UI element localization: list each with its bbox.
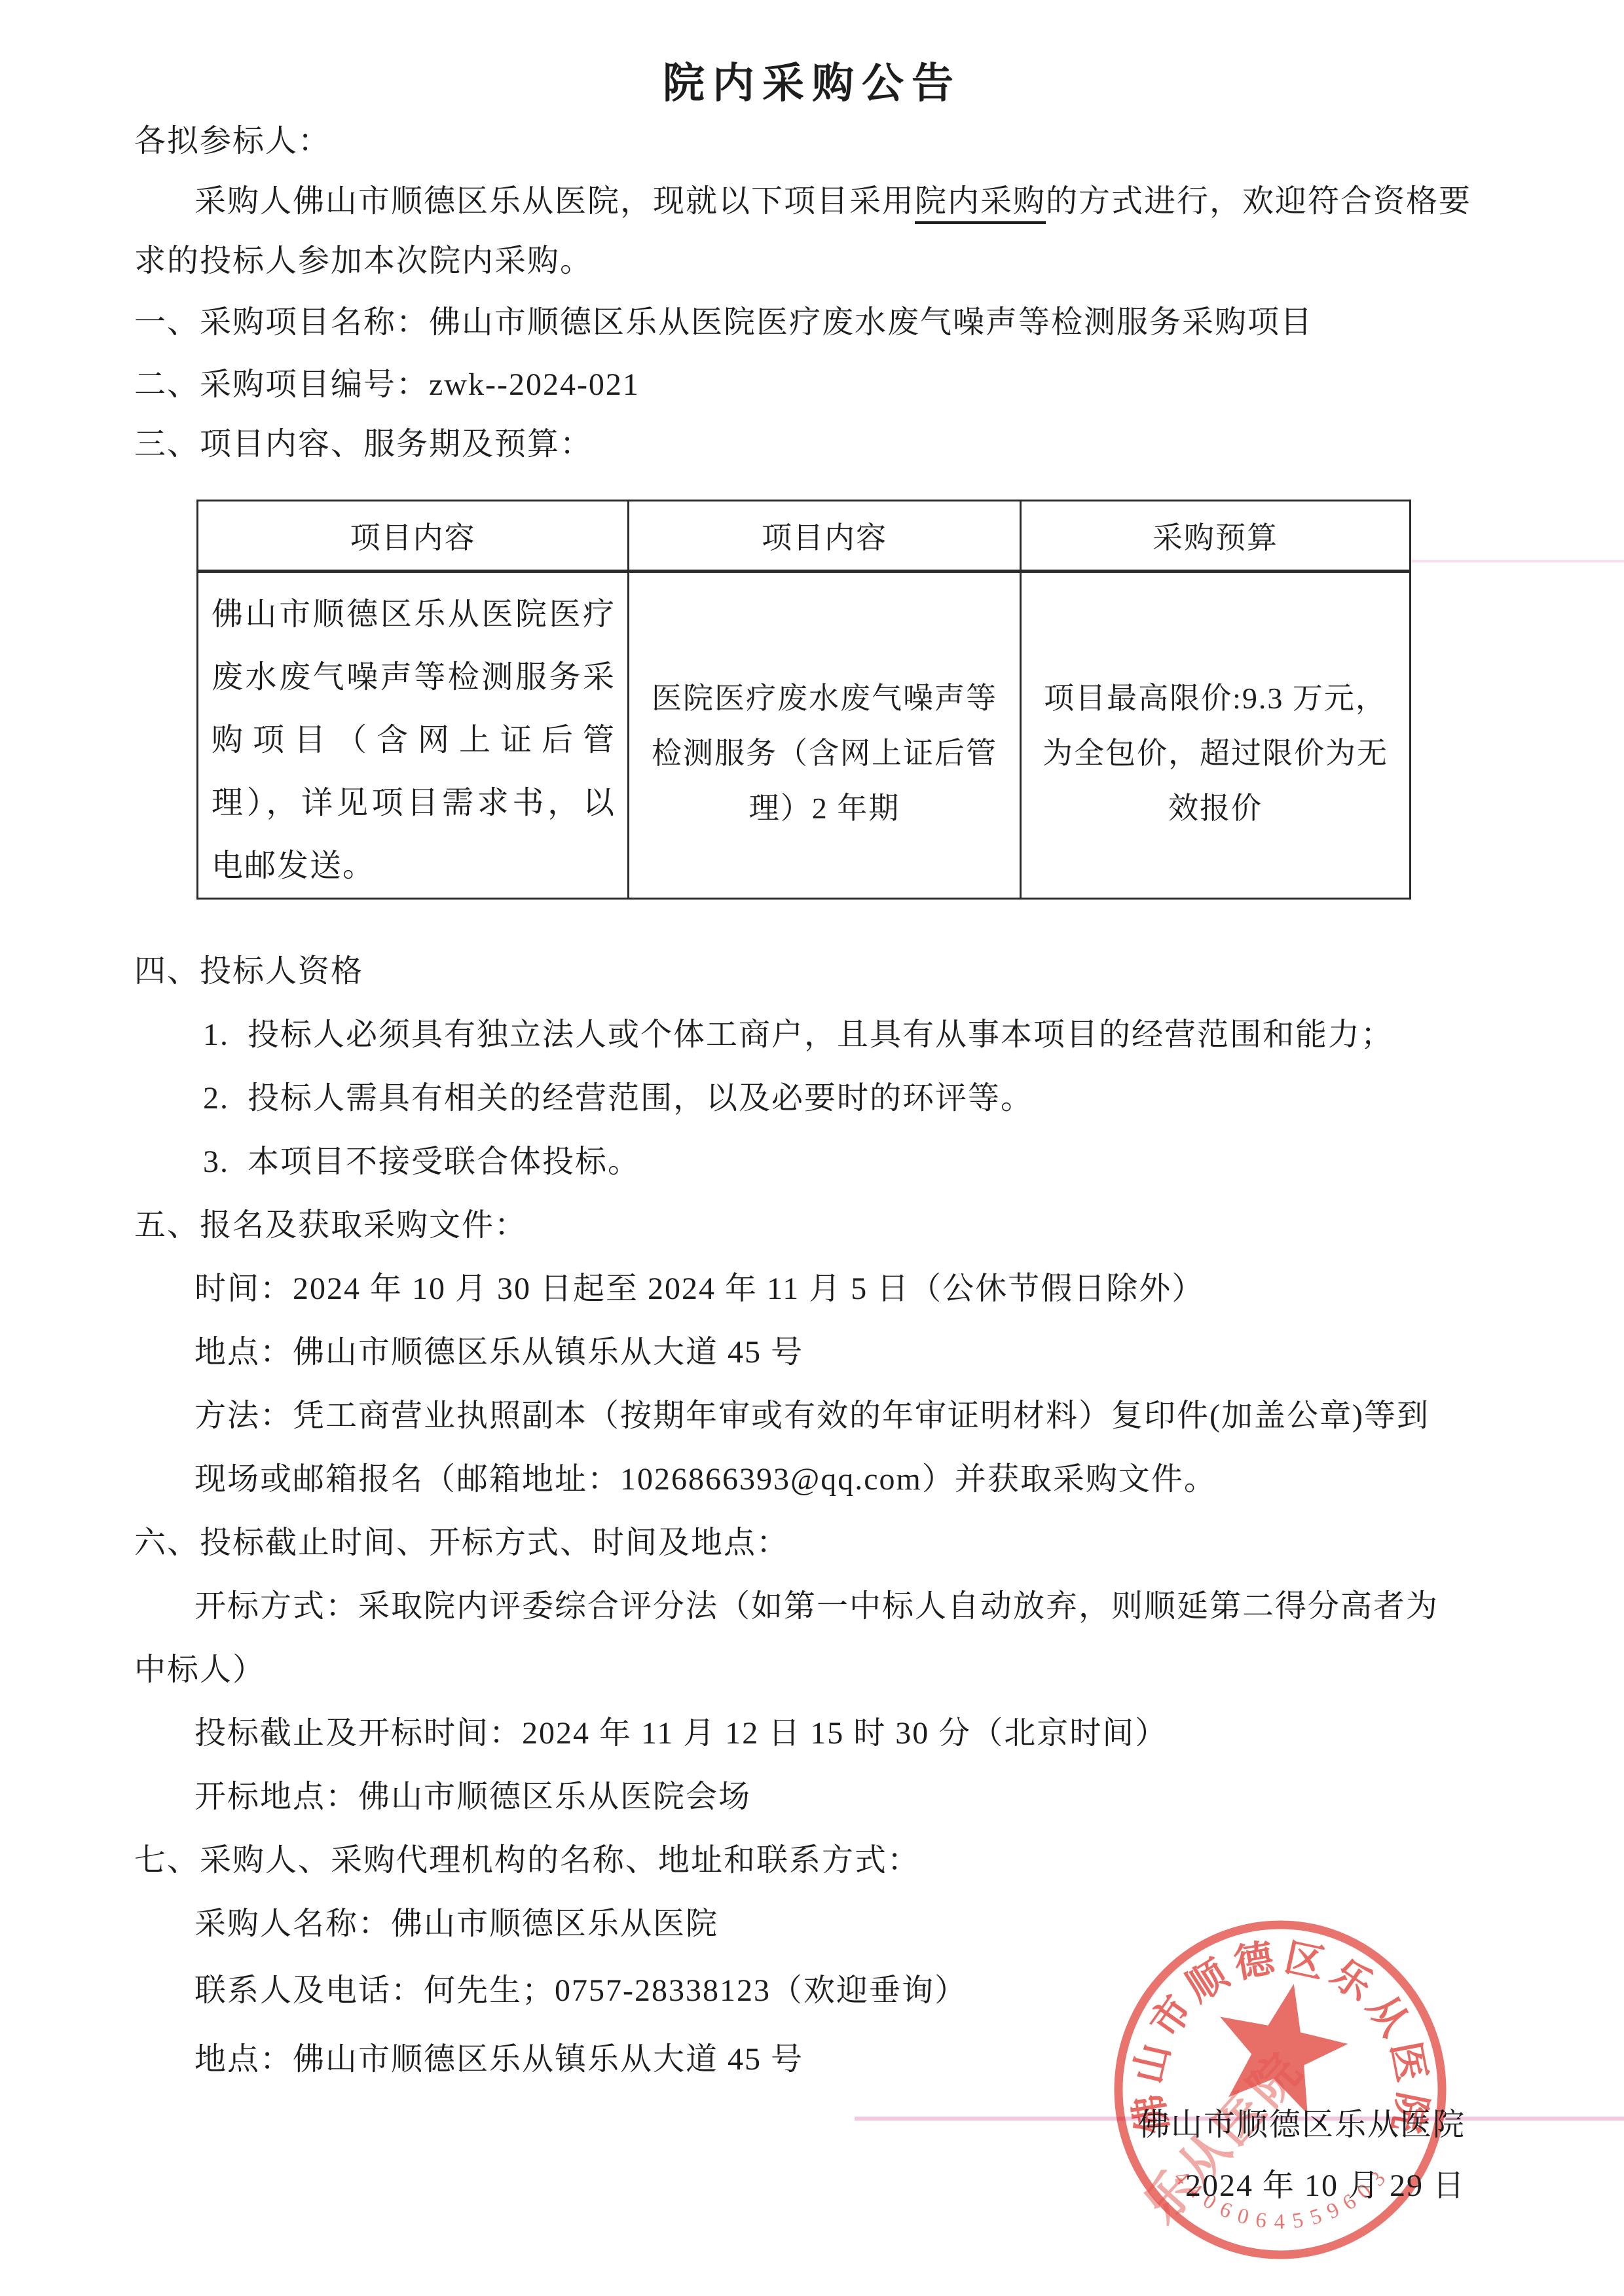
section-5-method-cont: 现场或邮箱报名（邮箱地址：1026866393@qq.com）并获取采购文件。 <box>194 1461 1217 1499</box>
section-5-method: 方法：凭工商营业执照副本（按期年审或有效的年审证明材料）复印件(加盖公章)等到 <box>194 1397 1430 1435</box>
section-3-heading: 三、项目内容、服务期及预算： <box>134 426 593 464</box>
project-table: 项目内容 项目内容 采购预算 佛山市顺德区乐从医院医疗废水废气噪声等检测服务采购… <box>196 500 1411 900</box>
section-4-item-2: 2. 投标人需具有相关的经营范围，以及必要时的环评等。 <box>203 1080 1033 1118</box>
section-7-heading: 七、采购人、采购代理机构的名称、地址和联系方式： <box>134 1842 920 1880</box>
document-page: 院内采购公告 各拟参标人： 采购人佛山市顺德区乐从医院，现就以下项目采用院内采购… <box>0 0 1624 2296</box>
table-row: 佛山市顺德区乐从医院医疗废水废气噪声等检测服务采购项目（含网上证后管理），详见项… <box>198 572 1411 899</box>
section-5-place: 地点：佛山市顺德区乐从镇乐从大道 45 号 <box>194 1334 803 1372</box>
intro-underlined-term: 院内采购 <box>915 184 1046 224</box>
section-4-item-3: 3. 本项目不接受联合体投标。 <box>203 1143 640 1181</box>
intro-line-1: 采购人佛山市顺德区乐从医院，现就以下项目采用院内采购的方式进行，欢迎符合资格要 <box>194 183 1471 221</box>
table-cell-budget: 项目最高限价:9.3 万元，为全包价，超过限价为无效报价 <box>1021 572 1411 899</box>
section-5-heading: 五、报名及获取采购文件： <box>134 1207 527 1245</box>
section-5-time: 时间：2024 年 10 月 30 日起至 2024 年 11 月 5 日（公休… <box>194 1270 1204 1308</box>
section-6-open-method-cont: 中标人） <box>134 1651 265 1689</box>
table-cell-service-scope: 医院医疗废水废气噪声等检测服务（含网上证后管理）2 年期 <box>629 572 1021 899</box>
section-7-contact: 联系人及电话：何先生；0757-28338123（欢迎垂询） <box>194 1972 967 2010</box>
intro-post: 的方式进行，欢迎符合资格要 <box>1046 184 1471 219</box>
table-header-budget: 采购预算 <box>1021 501 1411 572</box>
table-header-content-1: 项目内容 <box>198 501 629 572</box>
table-header-row: 项目内容 项目内容 采购预算 <box>198 501 1411 572</box>
intro-line-2: 求的投标人参加本次院内采购。 <box>134 242 593 280</box>
section-7-purchaser-name: 采购人名称：佛山市顺德区乐从医院 <box>194 1905 718 1943</box>
page-title: 院内采购公告 <box>0 58 1624 110</box>
section-4-heading: 四、投标人资格 <box>134 953 363 991</box>
section-6-open-method: 开标方式：采取院内评委综合评分法（如第一中标人自动放弃，则顺延第二得分高者为 <box>194 1588 1439 1626</box>
signature-org-name: 佛山市顺德区乐从医院 <box>1138 2099 1466 2144</box>
section-7-address: 地点：佛山市顺德区乐从镇乐从大道 45 号 <box>194 2041 803 2079</box>
section-2-project-number: 二、采购项目编号：zwk--2024-021 <box>134 366 640 404</box>
section-6-deadline: 投标截止及开标时间：2024 年 11 月 12 日 15 时 30 分（北京时… <box>194 1715 1168 1753</box>
section-6-heading: 六、投标截止时间、开标方式、时间及地点： <box>134 1524 789 1562</box>
section-6-open-place: 开标地点：佛山市顺德区乐从医院会场 <box>194 1778 751 1816</box>
official-seal-stamp: 佛山市顺德区乐从医院 4406064559603 乐从医院 <box>1108 1918 1455 2275</box>
signature-date: 2024 年 10 月 29 日 <box>1185 2160 1466 2205</box>
intro-pre: 采购人佛山市顺德区乐从医院，现就以下项目采用 <box>194 184 915 219</box>
section-4-item-1: 1. 投标人必须具有独立法人或个体工商户，且具有从事本项目的经营范围和能力； <box>203 1016 1393 1054</box>
table-cell-project-description: 佛山市顺德区乐从医院医疗废水废气噪声等检测服务采购项目（含网上证后管理），详见项… <box>198 572 629 899</box>
section-1-project-name: 一、采购项目名称：佛山市顺德区乐从医院医疗废水废气噪声等检测服务采购项目 <box>134 304 1313 342</box>
salutation: 各拟参标人： <box>134 122 331 160</box>
scanner-streak <box>1412 560 1624 562</box>
table-header-content-2: 项目内容 <box>629 501 1021 572</box>
